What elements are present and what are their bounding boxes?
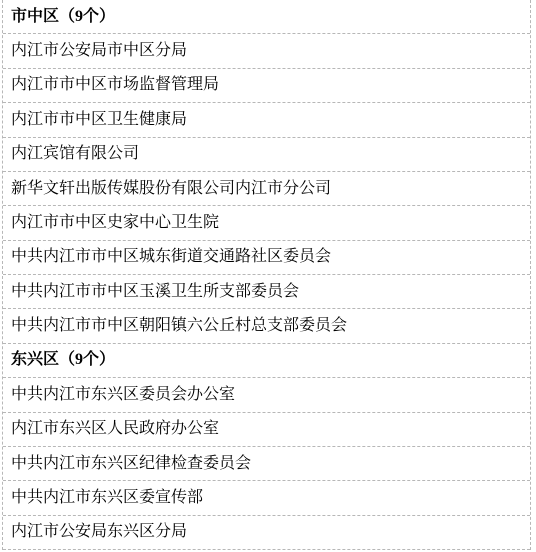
table-row: 内江市东兴区人民政府办公室: [3, 413, 530, 447]
table-row: 内江市市中区史家中心卫生院: [3, 206, 530, 240]
org-name: 中共内江市东兴区纪律检查委员会: [11, 456, 251, 472]
org-name: 中共内江市东兴区委员会办公室: [11, 387, 235, 403]
org-name: 内江市公安局市中区分局: [11, 43, 187, 59]
org-name: 内江市东兴区人民政府办公室: [11, 421, 219, 437]
org-name: 内江市市中区市场监督管理局: [11, 77, 219, 93]
org-name: 内江市市中区史家中心卫生院: [11, 215, 219, 231]
section-header-shizhongqu: 市中区（9个）: [3, 0, 530, 34]
table-row: 中共内江市市中区城东街道交通路社区委员会: [3, 241, 530, 275]
table-row: 中共内江市东兴区纪律检查委员会: [3, 447, 530, 481]
table-row: 内江市公安局东兴区分局: [3, 516, 530, 550]
table-row: 中共内江市市中区玉溪卫生所支部委员会: [3, 275, 530, 309]
org-name: 中共内江市市中区朝阳镇六公丘村总支部委员会: [11, 318, 347, 334]
org-name: 内江市市中区卫生健康局: [11, 112, 187, 128]
table-row: 内江市市中区市场监督管理局: [3, 69, 530, 103]
section-header-label: 市中区（9个）: [11, 9, 115, 25]
section-header-label: 东兴区（9个）: [11, 352, 115, 368]
table-row: 中共内江市东兴区委宣传部: [3, 481, 530, 515]
table-row: 内江市市中区卫生健康局: [3, 103, 530, 137]
section-header-dongxingqu: 东兴区（9个）: [3, 344, 530, 378]
table-row: 内江宾馆有限公司: [3, 138, 530, 172]
table-row: 新华文轩出版传媒股份有限公司内江市分公司: [3, 172, 530, 206]
table-row: 内江市公安局市中区分局: [3, 34, 530, 68]
org-name: 内江宾馆有限公司: [11, 146, 139, 162]
table-row: 中共内江市东兴区委员会办公室: [3, 378, 530, 412]
organization-table: 市中区（9个） 内江市公安局市中区分局 内江市市中区市场监督管理局 内江市市中区…: [2, 0, 531, 550]
table-row: 中共内江市市中区朝阳镇六公丘村总支部委员会: [3, 309, 530, 343]
org-name: 中共内江市东兴区委宣传部: [11, 490, 203, 506]
org-name: 中共内江市市中区玉溪卫生所支部委员会: [11, 284, 299, 300]
org-name: 内江市公安局东兴区分局: [11, 524, 187, 540]
org-name: 新华文轩出版传媒股份有限公司内江市分公司: [11, 181, 331, 197]
org-name: 中共内江市市中区城东街道交通路社区委员会: [11, 249, 331, 265]
